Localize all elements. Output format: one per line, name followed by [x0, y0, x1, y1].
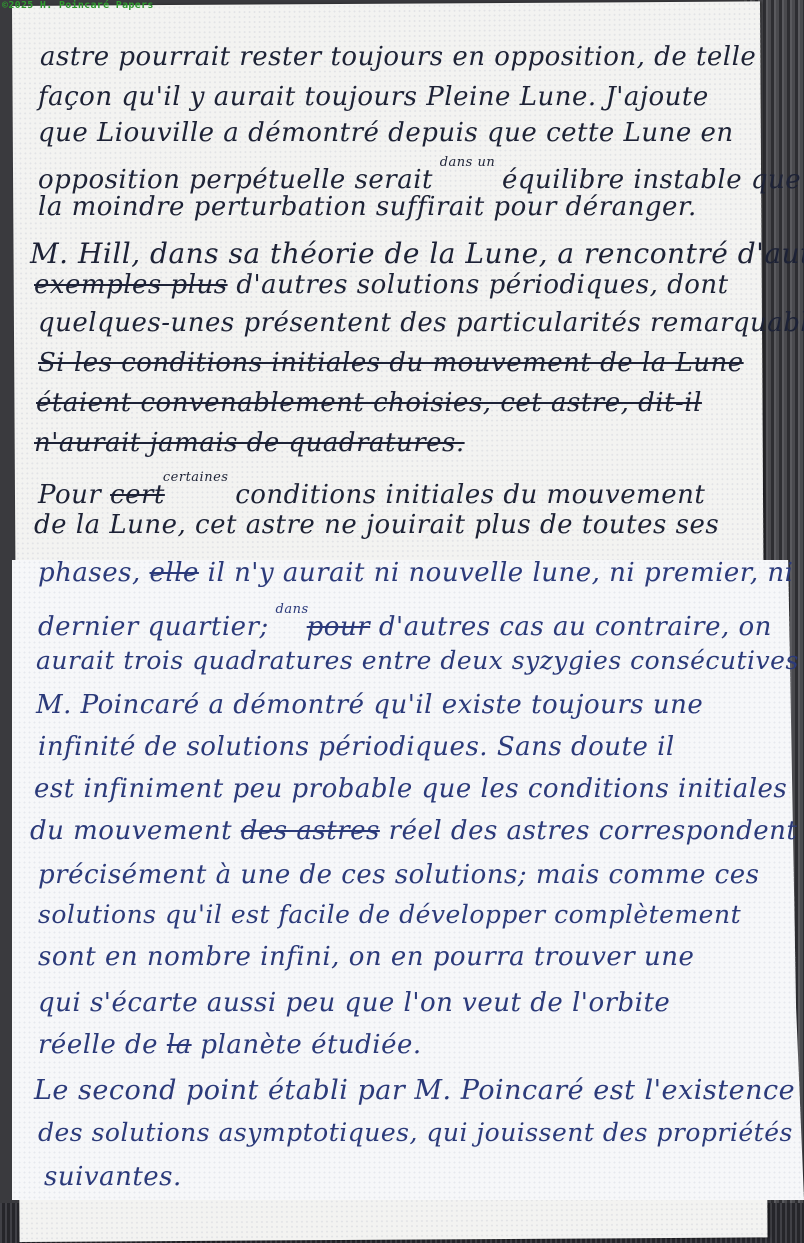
line-text: il n'y aurait ni nouvelle lune, ni premi…: [199, 558, 794, 588]
line-text: M. Poincaré a démontré qu'il existe touj…: [36, 690, 703, 720]
line-text: réelle de: [38, 1030, 167, 1060]
line-text: de la Lune, cet astre ne jouirait plus d…: [34, 510, 719, 540]
manuscript-line: Le second point établi par M. Poincaré e…: [34, 1075, 795, 1106]
line-text: phases,: [38, 558, 150, 588]
manuscript-line: étaient convenablement choisies, cet ast…: [36, 388, 702, 418]
manuscript-line: exemples plus d'autres solutions périodi…: [34, 270, 729, 300]
manuscript-line: réelle de la planète étudiée.: [38, 1030, 422, 1060]
manuscript-line: dernier quartier; danspour d'autres cas …: [38, 602, 772, 642]
struck-text: Si les conditions initiales du mouvement…: [38, 348, 744, 378]
manuscript-line: la moindre perturbation suffirait pour d…: [38, 192, 697, 222]
manuscript-line: quelques-unes présentent des particulari…: [38, 308, 804, 338]
manuscript-line: précisément à une de ces solutions; mais…: [38, 860, 759, 890]
manuscript-line: Si les conditions initiales du mouvement…: [38, 348, 744, 378]
line-text: M. Hill, dans sa théorie de la Lune, a r…: [30, 237, 804, 270]
line-text: précisément à une de ces solutions; mais…: [38, 860, 759, 890]
manuscript-line: façon qu'il y aurait toujours Pleine Lun…: [38, 82, 709, 112]
manuscript-line: Pour certcertaines conditions initiales …: [38, 470, 705, 510]
line-text: sont en nombre infini, on en pourra trou…: [38, 942, 694, 972]
struck-text: n'aurait jamais de quadratures.: [34, 428, 465, 458]
manuscript-line: sont en nombre infini, on en pourra trou…: [38, 942, 694, 972]
line-text: conditions initiales du mouvement: [226, 480, 705, 510]
line-text: dernier quartier;: [38, 612, 278, 642]
struck-text: exemples plus: [34, 270, 228, 300]
copyright-watermark: ©2025 H. Poincaré Papers: [2, 0, 154, 11]
line-text: d'autres cas au contraire, on: [370, 612, 772, 642]
line-text: du mouvement: [30, 816, 241, 846]
manuscript-line: phases, elle il n'y aurait ni nouvelle l…: [38, 558, 793, 588]
manuscript-line: astre pourrait rester toujours en opposi…: [40, 42, 756, 72]
line-text: suivantes.: [44, 1162, 182, 1192]
line-text: Pour: [38, 480, 110, 510]
line-text: opposition perpétuelle serait: [38, 165, 442, 195]
manuscript-line: suivantes.: [44, 1162, 182, 1192]
manuscript-line: M. Poincaré a démontré qu'il existe touj…: [36, 690, 703, 720]
line-text: équilibre instable que: [493, 165, 801, 195]
manuscript-line: n'aurait jamais de quadratures.: [34, 428, 465, 458]
line-text: façon qu'il y aurait toujours Pleine Lun…: [38, 82, 709, 112]
manuscript-line: est infiniment peu probable que les cond…: [34, 774, 787, 804]
manuscript-line: que Liouville a démontré depuis que cett…: [38, 118, 734, 148]
line-text: est infiniment peu probable que les cond…: [34, 774, 787, 804]
manuscript-line: opposition perpétuelle serait dans un éq…: [38, 155, 801, 195]
line-text: solutions qu'il est facile de développer…: [38, 900, 741, 929]
manuscript-line: infinité de solutions périodiques. Sans …: [38, 732, 675, 762]
line-text: des solutions asymptotiques, qui jouisse…: [38, 1118, 793, 1147]
line-text: infinité de solutions périodiques. Sans …: [38, 732, 675, 762]
inserted-text: dans: [276, 602, 309, 617]
line-text: planète étudiée.: [192, 1030, 422, 1060]
struck-text: la: [167, 1030, 192, 1060]
line-text: qui s'écarte aussi peu que l'on veut de …: [38, 988, 670, 1018]
inserted-text: certaines: [163, 470, 229, 485]
line-text: la moindre perturbation suffirait pour d…: [38, 192, 697, 222]
manuscript-line: qui s'écarte aussi peu que l'on veut de …: [38, 988, 670, 1018]
manuscript-line: solutions qu'il est facile de développer…: [38, 900, 741, 929]
struck-text: des astres: [241, 816, 380, 846]
line-text: quelques-unes présentent des particulari…: [38, 308, 804, 338]
line-text: Le second point établi par M. Poincaré e…: [34, 1075, 795, 1106]
manuscript-line: des solutions asymptotiques, qui jouisse…: [38, 1118, 793, 1147]
struck-text: pour: [307, 612, 370, 642]
line-text: d'autres solutions périodiques, dont: [228, 270, 729, 300]
manuscript-line: de la Lune, cet astre ne jouirait plus d…: [34, 510, 719, 540]
line-text: astre pourrait rester toujours en opposi…: [40, 42, 756, 72]
struck-text: elle: [150, 558, 199, 588]
manuscript-line: du mouvement des astres réel des astres …: [30, 816, 797, 846]
line-text: réel des astres correspondent: [380, 816, 797, 846]
manuscript-line: M. Hill, dans sa théorie de la Lune, a r…: [30, 230, 804, 270]
line-text: que Liouville a démontré depuis que cett…: [38, 118, 734, 148]
struck-text: étaient convenablement choisies, cet ast…: [36, 388, 702, 418]
inserted-text: dans un: [440, 155, 496, 170]
manuscript-line: aurait trois quadratures entre deux syzy…: [36, 646, 799, 675]
struck-text: cert: [110, 480, 165, 510]
line-text: aurait trois quadratures entre deux syzy…: [36, 646, 799, 675]
